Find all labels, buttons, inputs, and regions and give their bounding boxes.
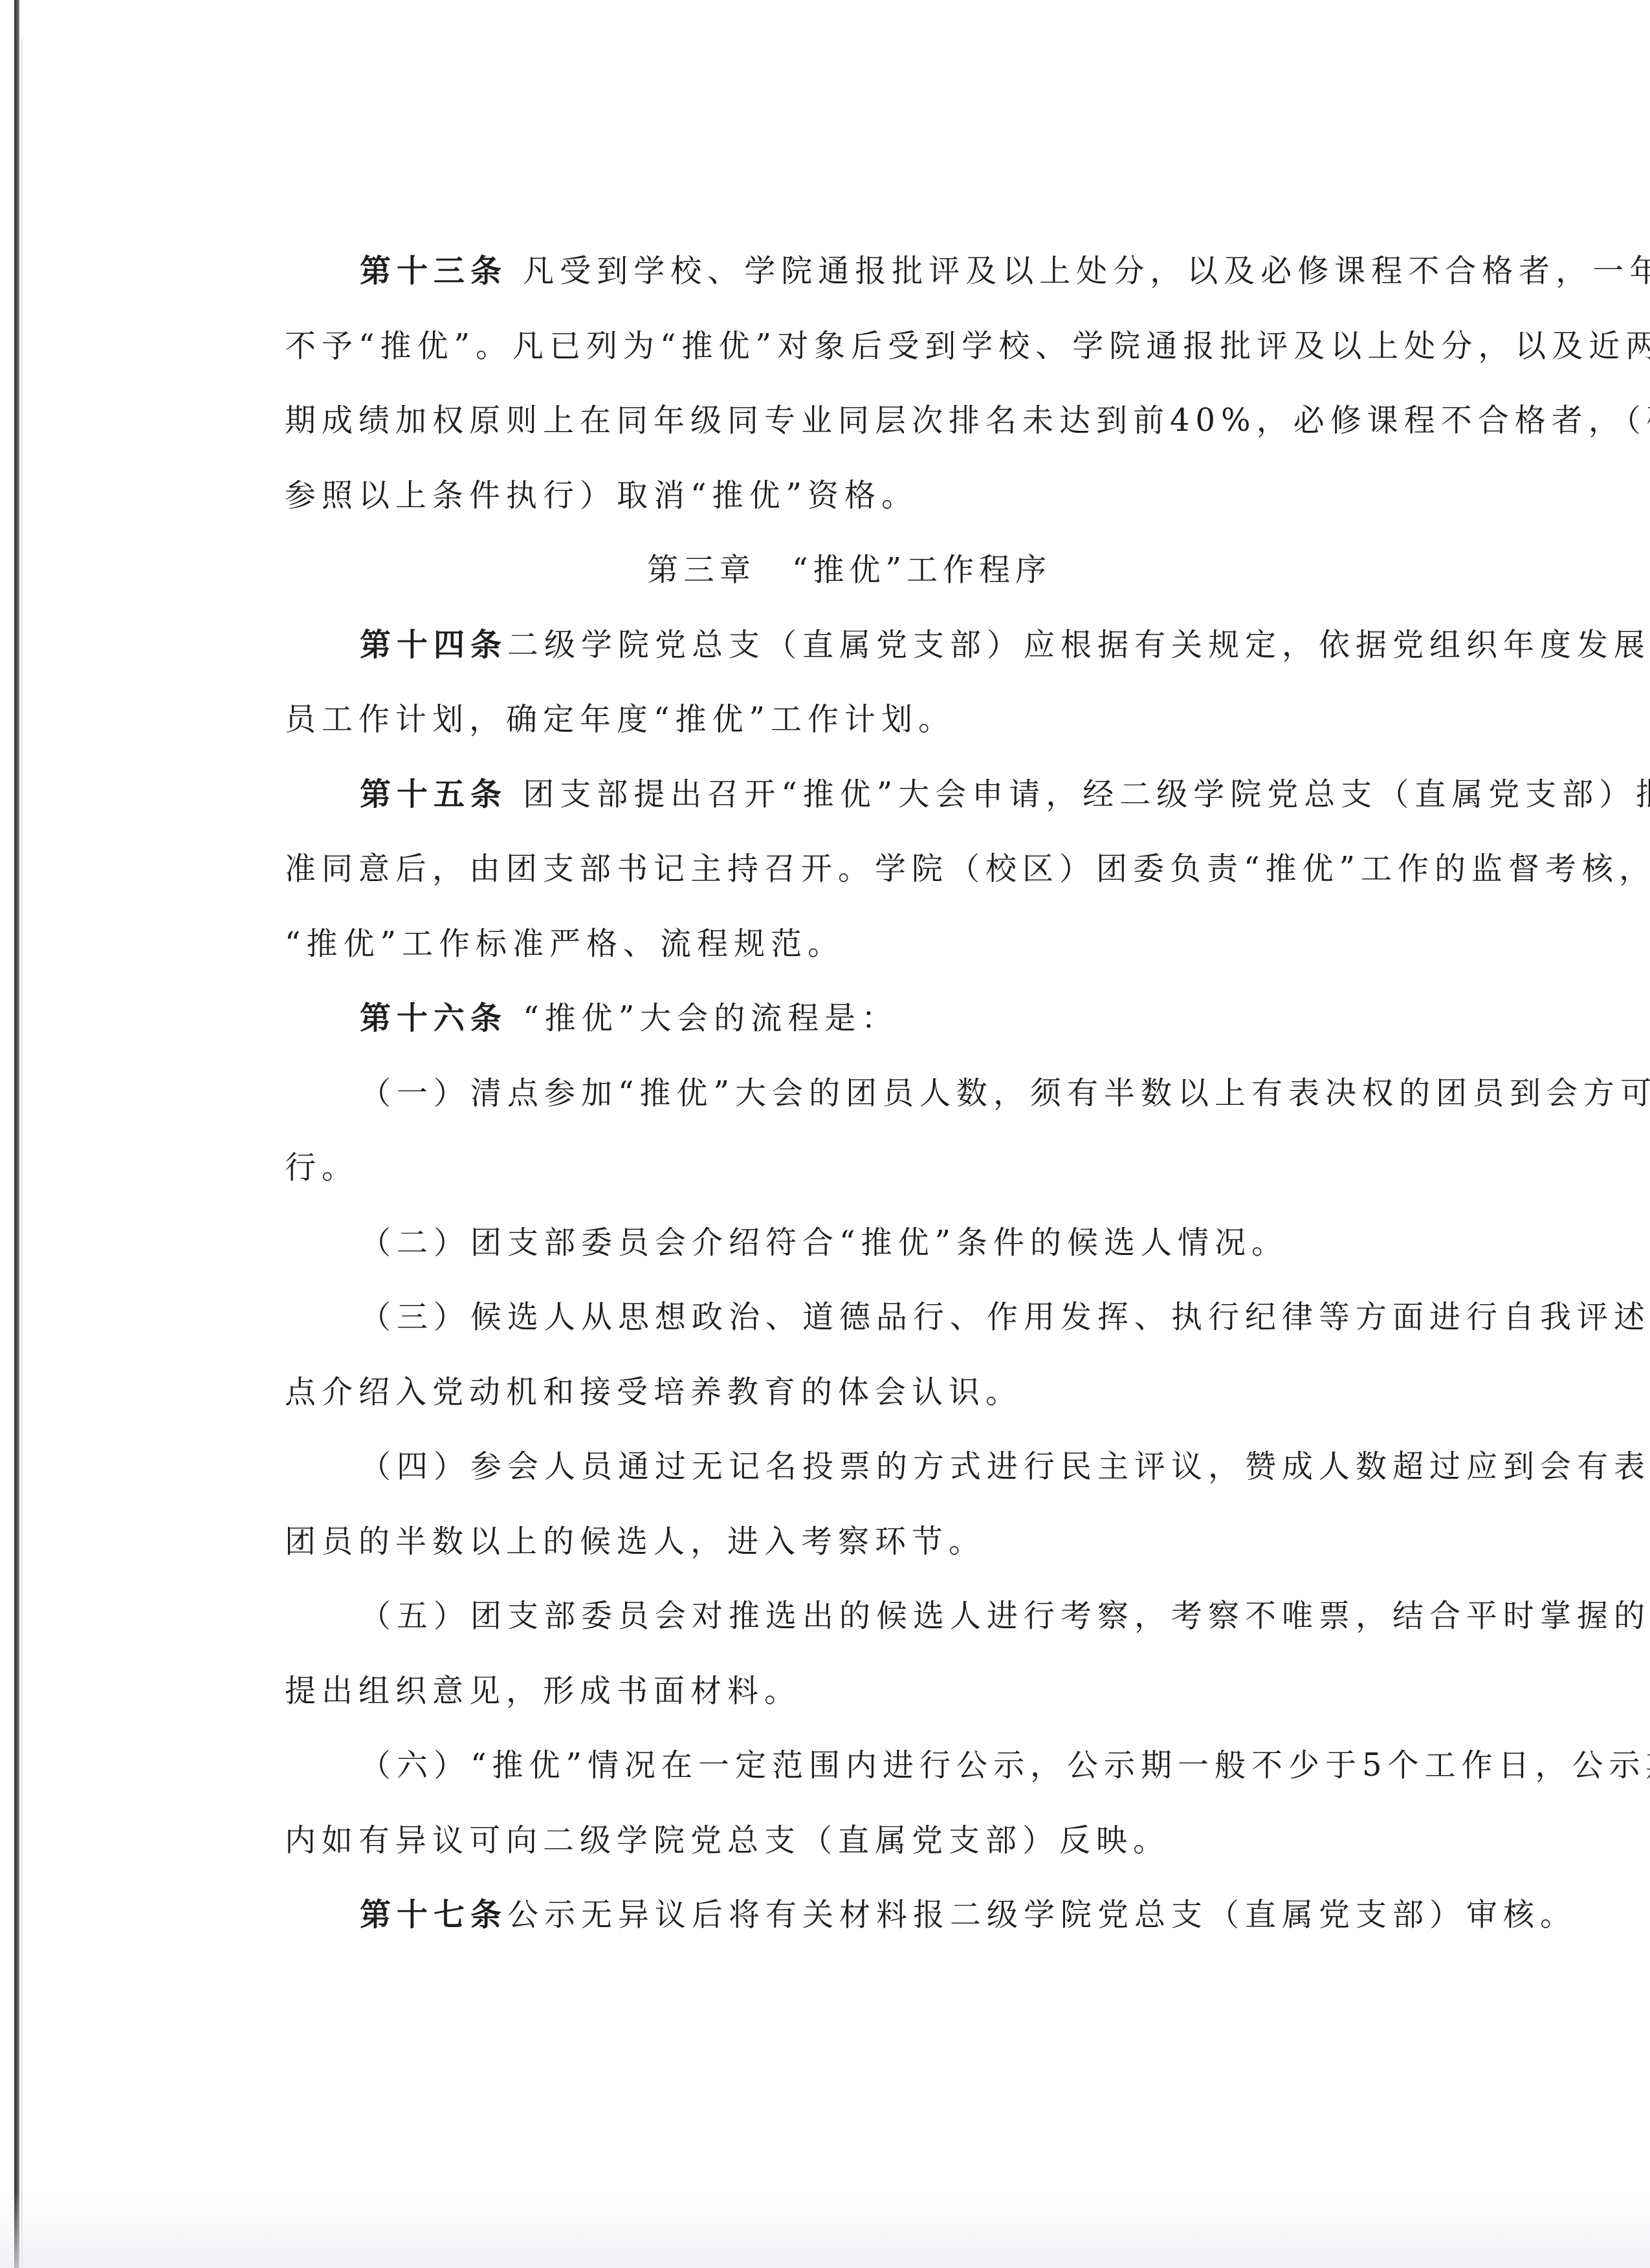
chapter-heading: 第三章 “推优”工作程序 [285,533,1414,608]
scan-page-edge [21,39,23,2268]
text-line: 第十三条 凡受到学校、学院通报批评及以上处分，以及必修课程不合格者，一年内 [285,234,1414,309]
procedure-item-6: （六）“推优”情况在一定范围内进行公示，公示期一般不少于5个工作日，公示期 内如… [285,1728,1414,1878]
scan-bottom-shading [0,2190,1650,2268]
line-text: 二级学院党总支（直属党支部）应根据有关规定，依据党组织年度发展党 [507,627,1650,663]
document-page: 第十三条 凡受到学校、学院通报批评及以上处分，以及必修课程不合格者，一年内 不予… [285,234,1414,1953]
procedure-item-3: （三）候选人从思想政治、道德品行、作用发挥、执行纪律等方面进行自我评述，重 点介… [285,1280,1414,1430]
procedure-item-4: （四）参会人员通过无记名投票的方式进行民主评议，赞成人数超过应到会有表决权 团员… [285,1430,1414,1579]
text-line: （二）团支部委员会介绍符合“推优”条件的候选人情况。 [285,1206,1414,1281]
text-line: （一）清点参加“推优”大会的团员人数，须有半数以上有表决权的团员到会方可进 [285,1056,1414,1131]
text-line: 第十六条 “推优”大会的流程是： [285,981,1414,1056]
article-13: 第十三条 凡受到学校、学院通报批评及以上处分，以及必修课程不合格者，一年内 不予… [285,234,1414,533]
article-number: 第十七条 [360,1897,507,1933]
procedure-item-1: （一）清点参加“推优”大会的团员人数，须有半数以上有表决权的团员到会方可进 行。 [285,1056,1414,1206]
text-line: 期成绩加权原则上在同年级同专业同层次排名未达到前40%，必修课程不合格者，（研究… [285,384,1414,459]
article-number: 第十四条 [360,627,507,663]
text-line: （三）候选人从思想政治、道德品行、作用发挥、执行纪律等方面进行自我评述，重 [285,1280,1414,1355]
text-line: 点介绍入党动机和接受培养教育的体会认识。 [285,1355,1414,1430]
text-line: 行。 [285,1131,1414,1206]
text-line: 第十七条公示无异议后将有关材料报二级学院党总支（直属党支部）审核。 [285,1878,1414,1953]
text-line: 参照以上条件执行）取消“推优”资格。 [285,459,1414,534]
text-line: 内如有异议可向二级学院党总支（直属党支部）反映。 [285,1804,1414,1879]
text-line: 员工作计划，确定年度“推优”工作计划。 [285,682,1414,758]
procedure-item-2: （二）团支部委员会介绍符合“推优”条件的候选人情况。 [285,1206,1414,1281]
scan-shadow-edge [14,0,19,2268]
text-line: “推优”工作标准严格、流程规范。 [285,907,1414,982]
article-17: 第十七条公示无异议后将有关材料报二级学院党总支（直属党支部）审核。 [285,1878,1414,1953]
text-line: 团员的半数以上的候选人，进入考察环节。 [285,1505,1414,1580]
article-number: 第十三条 [360,253,507,289]
text-line: 不予“推优”。凡已列为“推优”对象后受到学校、学院通报批评及以上处分，以及近两学 [285,309,1414,384]
article-15: 第十五条 团支部提出召开“推优”大会申请，经二级学院党总支（直属党支部）批 准同… [285,758,1414,982]
line-text: “推优”大会的流程是： [507,1000,898,1036]
procedure-item-5: （五）团支部委员会对推选出的候选人进行考察，考察不唯票，结合平时掌握的情况， 提… [285,1579,1414,1728]
text-line: （五）团支部委员会对推选出的候选人进行考察，考察不唯票，结合平时掌握的情况， [285,1579,1414,1654]
line-text: 团支部提出召开“推优”大会申请，经二级学院党总支（直属党支部）批 [507,776,1650,812]
text-line: 提出组织意见，形成书面材料。 [285,1654,1414,1729]
text-line: （四）参会人员通过无记名投票的方式进行民主评议，赞成人数超过应到会有表决权 [285,1430,1414,1505]
article-number: 第十六条 [360,1000,507,1036]
text-line: 第十四条二级学院党总支（直属党支部）应根据有关规定，依据党组织年度发展党 [285,608,1414,683]
article-16: 第十六条 “推优”大会的流程是： [285,981,1414,1056]
text-line: （六）“推优”情况在一定范围内进行公示，公示期一般不少于5个工作日，公示期 [285,1728,1414,1804]
text-line: 第十五条 团支部提出召开“推优”大会申请，经二级学院党总支（直属党支部）批 [285,758,1414,833]
article-number: 第十五条 [360,776,507,812]
text-line: 准同意后，由团支部书记主持召开。学院（校区）团委负责“推优”工作的监督考核，确保 [285,832,1414,907]
line-text: 凡受到学校、学院通报批评及以上处分，以及必修课程不合格者，一年内 [507,253,1650,289]
article-14: 第十四条二级学院党总支（直属党支部）应根据有关规定，依据党组织年度发展党 员工作… [285,608,1414,758]
line-text: 公示无异议后将有关材料报二级学院党总支（直属党支部）审核。 [507,1897,1577,1933]
